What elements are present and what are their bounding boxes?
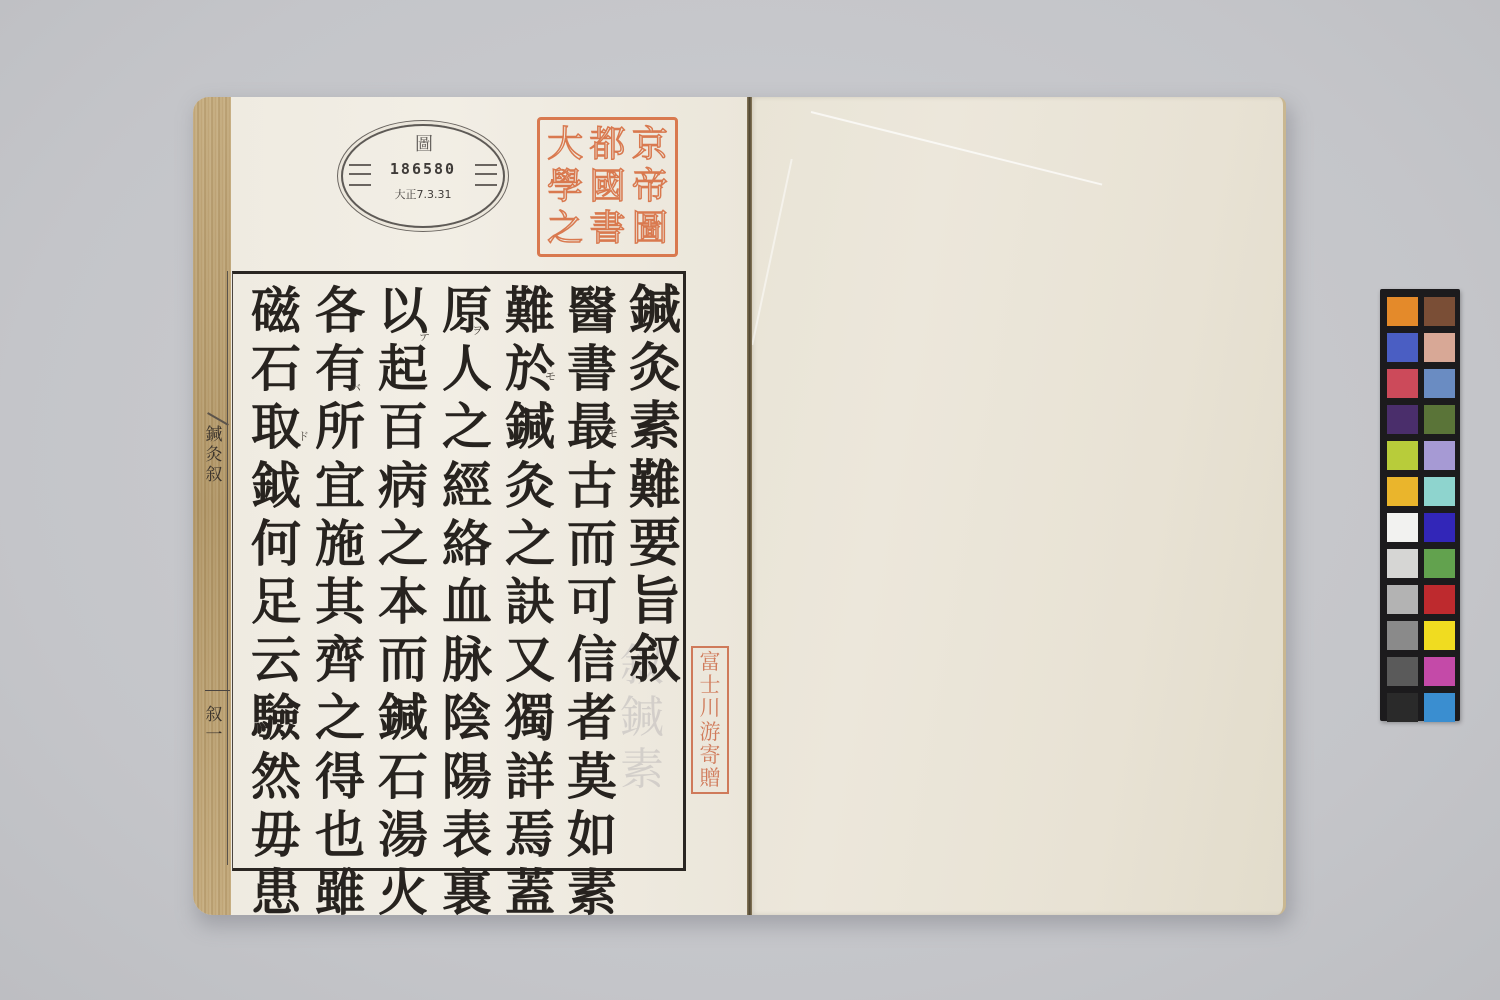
kunten-mark: モ bbox=[607, 425, 618, 441]
char: 病 bbox=[373, 457, 433, 515]
char: 陰 bbox=[437, 689, 497, 747]
char: 蓋 bbox=[500, 864, 560, 922]
seal-char: 都 bbox=[586, 124, 628, 166]
char: 施 bbox=[310, 515, 370, 573]
char: 火 bbox=[373, 864, 433, 922]
char: 血 bbox=[437, 573, 497, 631]
color-swatch bbox=[1424, 333, 1455, 362]
seal-char: 贈 bbox=[700, 767, 721, 789]
color-swatch bbox=[1424, 549, 1455, 578]
accession-date: 大正7.3.31 bbox=[373, 186, 473, 202]
char: 裏 bbox=[437, 864, 497, 922]
kunten-mark: ド bbox=[298, 428, 309, 444]
char: 然 bbox=[246, 748, 306, 806]
color-swatch bbox=[1424, 405, 1455, 434]
right-page bbox=[749, 97, 1286, 915]
char: 何 bbox=[246, 515, 306, 573]
char: 莫 bbox=[562, 748, 622, 806]
char: 素 bbox=[625, 398, 685, 456]
char: 陽 bbox=[437, 748, 497, 806]
char: 訣 bbox=[500, 573, 560, 631]
char: 要 bbox=[625, 515, 685, 573]
char: 而 bbox=[562, 515, 622, 573]
paper-crease bbox=[811, 111, 1103, 186]
char: 表 bbox=[437, 806, 497, 864]
donor-seal: 富 士 川 游 寄 贈 bbox=[691, 646, 729, 794]
char: 取 bbox=[246, 398, 306, 456]
text-column-5: 以 起 百 病 之 本 而 鍼 石 湯 火 bbox=[373, 282, 433, 922]
char: 獨 bbox=[500, 689, 560, 747]
color-swatch bbox=[1424, 441, 1455, 470]
char: 足 bbox=[246, 573, 306, 631]
char: 原 bbox=[437, 282, 497, 340]
kunten-mark: テ bbox=[419, 328, 430, 344]
color-swatch bbox=[1387, 585, 1418, 614]
color-swatch bbox=[1387, 405, 1418, 434]
char: 難 bbox=[625, 457, 685, 515]
seal-char: 寄 bbox=[700, 744, 721, 766]
text-column-7: 磁 石 取 鉞 何 足 云 驗 然 毋 患 bbox=[246, 282, 306, 922]
kunten-mark: バ bbox=[350, 380, 361, 396]
char: 百 bbox=[373, 398, 433, 456]
color-swatch bbox=[1387, 441, 1418, 470]
margin-char: 鍼 bbox=[206, 425, 223, 445]
char: 焉 bbox=[500, 806, 560, 864]
color-swatch bbox=[1387, 297, 1418, 326]
char: 可 bbox=[562, 573, 622, 631]
char: 齊 bbox=[310, 631, 370, 689]
char: 驗 bbox=[246, 689, 306, 747]
text-column-title: 鍼 灸 素 難 要 旨 叙 bbox=[625, 282, 685, 689]
seal-char: 帝 bbox=[629, 166, 671, 208]
char: 鉞 bbox=[246, 457, 306, 515]
char: 人 bbox=[437, 340, 497, 398]
char: 旨 bbox=[625, 573, 685, 631]
color-swatch bbox=[1424, 369, 1455, 398]
char: 本 bbox=[373, 573, 433, 631]
kunten-mark: モ bbox=[545, 368, 556, 384]
color-swatch bbox=[1424, 693, 1455, 722]
margin-char: 叙 bbox=[206, 465, 223, 485]
seal-char: 之 bbox=[544, 208, 586, 250]
seal-char: 京 bbox=[629, 124, 671, 166]
char: 湯 bbox=[373, 806, 433, 864]
margin-char: 一 bbox=[206, 725, 223, 745]
char: 書 bbox=[562, 340, 622, 398]
char: 而 bbox=[373, 631, 433, 689]
stamp-bars-left bbox=[349, 164, 371, 186]
text-column-2: 醫 書 最 古 而 可 信 者 莫 如 素 bbox=[562, 282, 622, 922]
hashira-rule bbox=[227, 271, 228, 865]
color-swatch bbox=[1387, 621, 1418, 650]
char: 石 bbox=[246, 340, 306, 398]
seal-char: 圖 bbox=[629, 208, 671, 250]
text-column-6: 各 有 所 宜 施 其 齊 之 得 也 雖 bbox=[310, 282, 370, 922]
color-swatch bbox=[1424, 513, 1455, 542]
char: 有 bbox=[310, 340, 370, 398]
paper-crease bbox=[751, 159, 792, 345]
margin-char: 叙 bbox=[206, 705, 223, 725]
char: 磁 bbox=[246, 282, 306, 340]
color-swatch bbox=[1424, 585, 1455, 614]
char: 各 bbox=[310, 282, 370, 340]
char: 起 bbox=[373, 340, 433, 398]
color-calibration-chart bbox=[1380, 289, 1460, 721]
char: 又 bbox=[500, 631, 560, 689]
photo-stage: 叙 鍼 素 鍼 灸 叙 叙 一 鍼 灸 素 難 要 旨 叙 醫 書 最 古 而 … bbox=[0, 0, 1500, 1000]
char: 石 bbox=[373, 748, 433, 806]
char: 灸 bbox=[625, 340, 685, 398]
color-swatch bbox=[1387, 513, 1418, 542]
char: 云 bbox=[246, 631, 306, 689]
char: 所 bbox=[310, 398, 370, 456]
char: 信 bbox=[562, 631, 622, 689]
seal-char: 大 bbox=[544, 124, 586, 166]
char: 其 bbox=[310, 573, 370, 631]
char: 鍼 bbox=[500, 398, 560, 456]
margin-title-label: 鍼 灸 叙 bbox=[200, 425, 228, 485]
color-swatch bbox=[1387, 477, 1418, 506]
color-swatch bbox=[1424, 621, 1455, 650]
margin-char: 灸 bbox=[206, 445, 223, 465]
stamp-bars-right bbox=[475, 164, 497, 186]
margin-rule bbox=[205, 690, 230, 691]
char: 經 bbox=[437, 457, 497, 515]
seal-char: 游 bbox=[700, 721, 721, 743]
char: 患 bbox=[246, 864, 306, 922]
color-swatch bbox=[1387, 369, 1418, 398]
char: 之 bbox=[373, 515, 433, 573]
kunten-mark: ヲ bbox=[472, 322, 483, 338]
seal-char: 士 bbox=[700, 674, 721, 696]
university-library-seal: 京 帝 圖 都 國 書 大 學 之 bbox=[537, 117, 678, 257]
char: 也 bbox=[310, 806, 370, 864]
char: 詳 bbox=[500, 748, 560, 806]
char: 絡 bbox=[437, 515, 497, 573]
char: 醫 bbox=[562, 282, 622, 340]
char: 之 bbox=[500, 515, 560, 573]
color-swatch bbox=[1387, 693, 1418, 722]
accession-number: 186580 bbox=[373, 160, 473, 178]
char: 古 bbox=[562, 457, 622, 515]
char: 鍼 bbox=[373, 689, 433, 747]
color-swatch bbox=[1387, 333, 1418, 362]
color-swatch bbox=[1424, 657, 1455, 686]
color-swatch bbox=[1424, 297, 1455, 326]
stamp-glyph: 圖 bbox=[403, 134, 443, 156]
char: 脉 bbox=[437, 631, 497, 689]
color-swatch bbox=[1387, 549, 1418, 578]
char: 得 bbox=[310, 748, 370, 806]
char: 之 bbox=[310, 689, 370, 747]
text-column-4: 原 人 之 經 絡 血 脉 陰 陽 表 裏 bbox=[437, 282, 497, 922]
char: 素 bbox=[562, 864, 622, 922]
seal-char: 書 bbox=[586, 208, 628, 250]
book-gutter bbox=[747, 97, 752, 915]
seal-char: 川 bbox=[700, 697, 721, 719]
char: 灸 bbox=[500, 457, 560, 515]
char: 難 bbox=[500, 282, 560, 340]
margin-page-label: 叙 一 bbox=[200, 705, 228, 745]
char: 之 bbox=[437, 398, 497, 456]
color-swatch bbox=[1424, 477, 1455, 506]
char: 毋 bbox=[246, 806, 306, 864]
char: 雖 bbox=[310, 864, 370, 922]
seal-char: 富 bbox=[700, 651, 721, 673]
library-accession-stamp: 圖 186580 大正7.3.31 bbox=[341, 124, 505, 228]
char: 宜 bbox=[310, 457, 370, 515]
char: 如 bbox=[562, 806, 622, 864]
char: 鍼 bbox=[625, 282, 685, 340]
char: 者 bbox=[562, 689, 622, 747]
seal-char: 國 bbox=[586, 166, 628, 208]
color-swatch bbox=[1387, 657, 1418, 686]
seal-char: 學 bbox=[544, 166, 586, 208]
char: 叙 bbox=[625, 631, 685, 689]
